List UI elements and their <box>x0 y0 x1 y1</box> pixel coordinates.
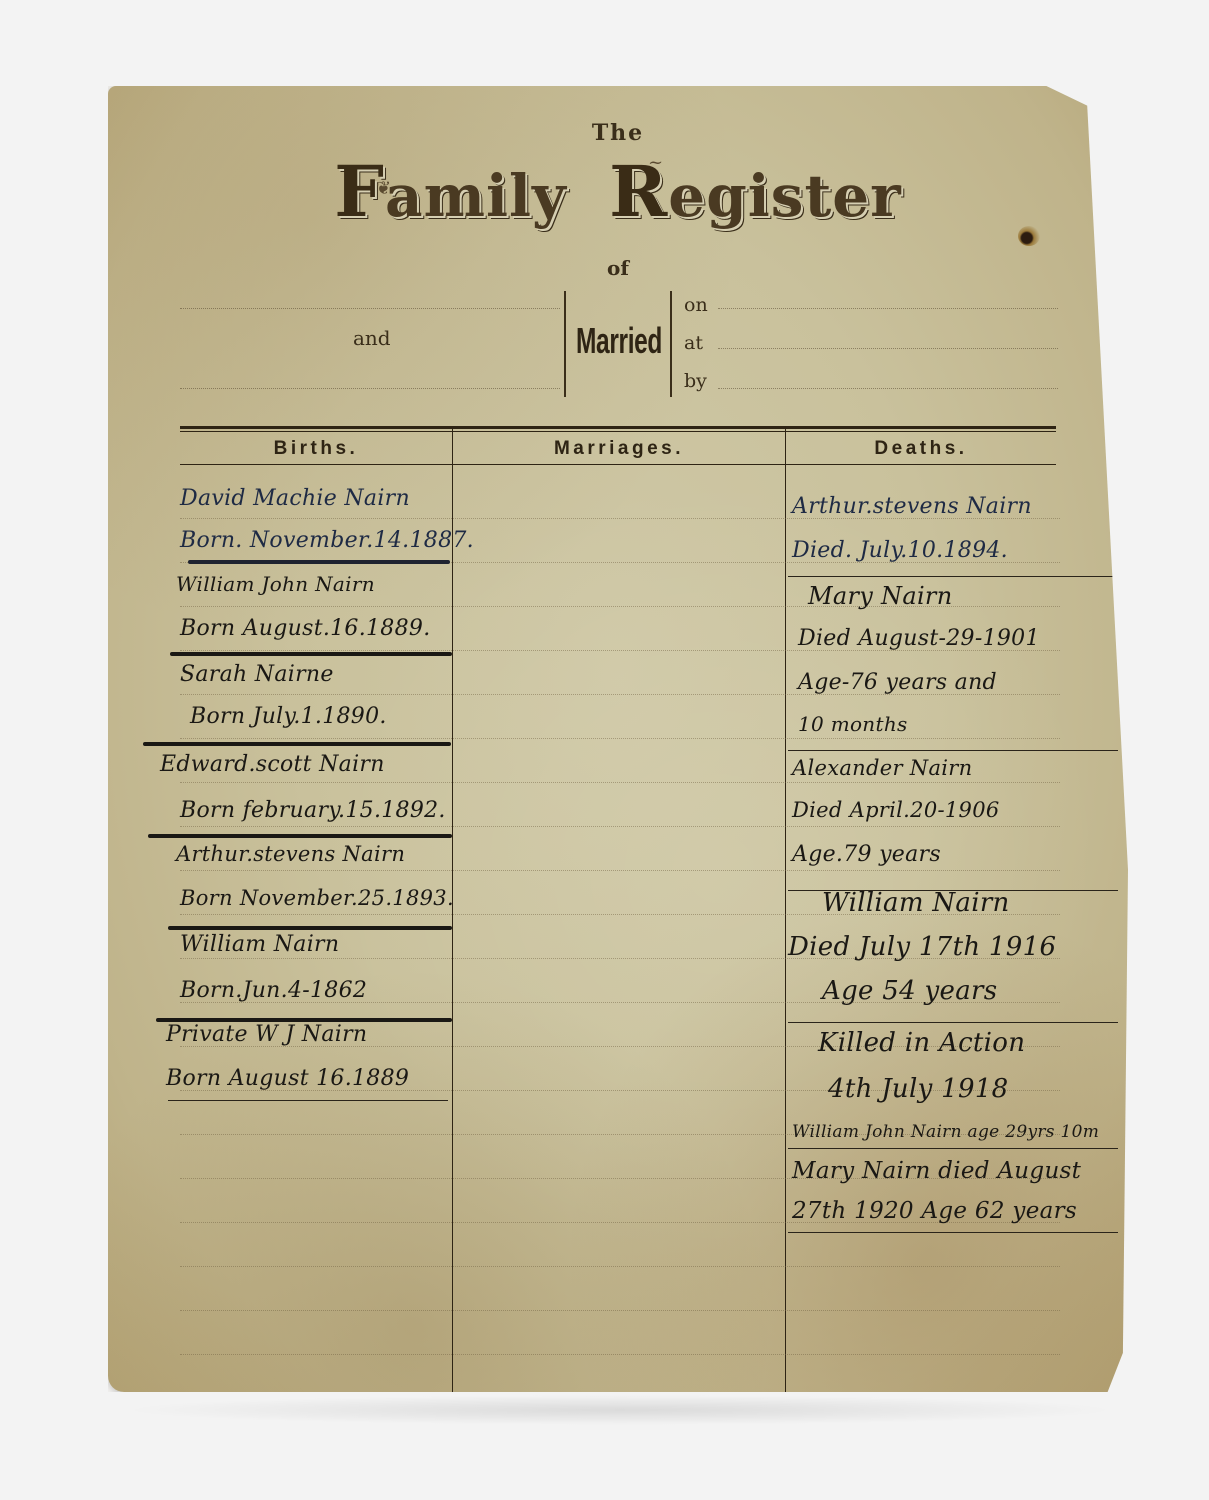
death-entry-age: Age-76 years and <box>798 670 997 695</box>
at-label: at <box>684 332 703 354</box>
entry-separator <box>168 926 452 930</box>
ruled-line <box>180 1266 1060 1267</box>
flourish-icon: ❦ <box>376 178 391 199</box>
and-label: and <box>353 326 391 350</box>
birth-entry-name: Arthur.stevens Nairn <box>176 842 405 866</box>
death-entry-date: Died April.20-1906 <box>792 798 1000 822</box>
title-the: The <box>108 120 1128 146</box>
entry-separator <box>788 576 1118 577</box>
table-top-rule-thin <box>180 431 1056 432</box>
blank-line-name-1 <box>180 308 560 309</box>
birth-entry-date: Born July.1.1890. <box>190 704 387 729</box>
title-of: of <box>108 256 1128 280</box>
death-entry-age: Age 54 years <box>822 976 997 1006</box>
ruled-line <box>180 1354 1060 1355</box>
blank-line-name-2 <box>180 388 560 389</box>
page-title: Family Register <box>108 150 1128 233</box>
entry-separator <box>168 1100 448 1101</box>
death-entry-date: Died. July.10.1894. <box>792 538 1008 563</box>
death-entry-name: Mary Nairn <box>808 582 952 610</box>
left-brace <box>564 291 576 397</box>
birth-entry-name: Sarah Nairne <box>180 662 334 687</box>
birth-entry-name: Private W J Nairn <box>166 1022 367 1047</box>
right-brace <box>670 291 682 397</box>
entry-separator <box>143 742 451 746</box>
married-label: Married <box>576 320 662 362</box>
death-entry-name: William Nairn <box>822 888 1010 918</box>
death-entry-cause: Killed in Action <box>818 1028 1025 1058</box>
ruled-line <box>180 738 1060 739</box>
column-header-marriages: Marriages. <box>453 438 785 460</box>
death-entry-name: Arthur.stevens Nairn <box>792 494 1032 519</box>
entry-separator <box>788 750 1118 751</box>
birth-entry-date: Born November.25.1893. <box>180 886 454 910</box>
birth-entry-name: William Nairn <box>180 932 339 957</box>
death-entry-date: 4th July 1918 <box>828 1074 1009 1104</box>
blank-line-at <box>718 348 1058 349</box>
death-entry-name: Mary Nairn died August <box>792 1158 1081 1184</box>
flourish-icon: ~ <box>648 152 663 173</box>
death-entry-age-months: 10 months <box>798 712 908 736</box>
birth-entry-date: Born August 16.1889 <box>166 1066 409 1091</box>
page-shadow <box>120 1395 1120 1425</box>
entry-separator <box>148 834 452 838</box>
table-top-rule <box>180 426 1056 429</box>
death-entry-date: Died August-29-1901 <box>798 626 1040 651</box>
blank-line-on <box>718 308 1058 309</box>
entry-separator <box>188 560 450 564</box>
death-entry-name-age: William John Nairn age 29yrs 10m <box>792 1122 1099 1142</box>
family-register-page: The Family Register ❦ ~ of and Married o… <box>108 86 1128 1392</box>
death-entry-age: Age.79 years <box>792 842 941 867</box>
entry-separator <box>788 1232 1118 1233</box>
ruled-line <box>180 782 1060 783</box>
column-header-births: Births. <box>180 438 452 460</box>
on-label: on <box>684 294 708 316</box>
column-header-deaths: Deaths. <box>786 438 1056 460</box>
birth-entry-date: Born August.16.1889. <box>180 616 431 641</box>
birth-entry-name: David Machie Nairn <box>180 486 410 511</box>
ruled-line <box>180 870 1060 871</box>
birth-entry-date: Born february.15.1892. <box>180 798 446 823</box>
birth-entry-name: Edward.scott Nairn <box>160 752 385 777</box>
entry-separator <box>788 1148 1118 1149</box>
entry-separator <box>170 652 452 656</box>
birth-entry-date: Born.Jun.4-1862 <box>180 978 367 1003</box>
by-label: by <box>684 370 707 392</box>
entry-separator <box>788 1022 1118 1023</box>
title-word-family: amily <box>385 162 567 230</box>
ruled-line <box>180 1310 1060 1311</box>
column-divider-1 <box>452 429 453 1393</box>
blank-line-by <box>718 388 1058 389</box>
birth-entry-date: Born. November.14.1887. <box>180 528 474 553</box>
death-entry-date-age: 27th 1920 Age 62 years <box>792 1198 1077 1224</box>
column-divider-2 <box>785 429 786 1393</box>
birth-entry-name: William John Nairn <box>176 572 375 596</box>
ruled-line <box>180 826 1060 827</box>
header-underline <box>180 464 1056 465</box>
death-entry-date: Died July 17th 1916 <box>788 932 1056 962</box>
death-entry-name: Alexander Nairn <box>792 756 972 780</box>
title-word-register: egister <box>668 162 901 230</box>
